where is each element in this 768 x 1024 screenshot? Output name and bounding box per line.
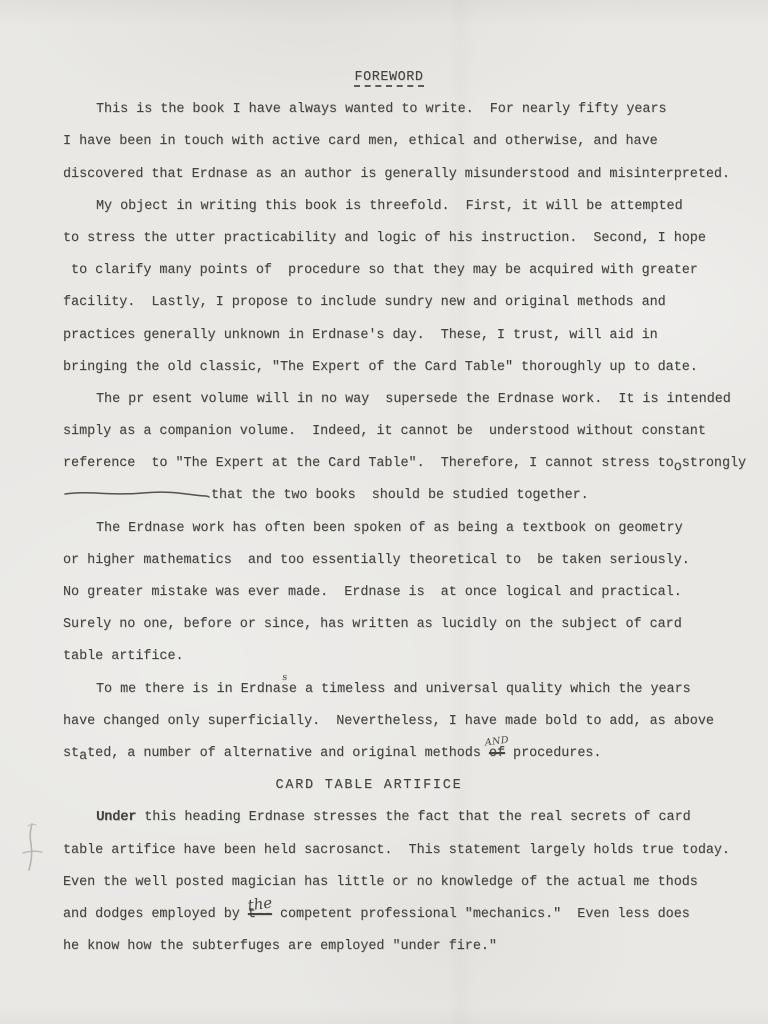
text-line: facility. Lastly, I propose to include s… xyxy=(63,287,743,319)
handwritten-correction: s xyxy=(282,673,289,683)
typed-text: st xyxy=(63,746,79,761)
text-line: Surely no one, before or since, has writ… xyxy=(63,609,743,641)
text-line: reference to "The Expert at the Card Tab… xyxy=(63,448,743,480)
text-line: have changed only superficially. Neverth… xyxy=(63,706,743,738)
typed-text: Under xyxy=(96,810,136,825)
text-line: bringing the old classic, "The Expert of… xyxy=(63,352,743,384)
typed-text: reference to "The Expert at the Card Tab… xyxy=(63,456,674,471)
typed-text: o xyxy=(674,460,682,475)
text-line: or higher mathematics and too essentiall… xyxy=(63,545,743,577)
typed-text: s xyxy=(281,682,289,697)
typed-text: of xyxy=(489,746,505,761)
typed-text: practices generally unknown in Erdnase's… xyxy=(63,328,658,343)
pen-stroke xyxy=(63,481,210,493)
typed-text: strongly xyxy=(682,456,746,471)
text-line: This is the book I have always wanted to… xyxy=(63,94,743,126)
text-line: discovered that Erdnase as an author is … xyxy=(63,159,743,191)
text-line: To me there is in Erdnasse a timeless an… xyxy=(63,674,743,706)
typed-text: a xyxy=(79,749,87,764)
typed-text: discovered that Erdnase as an author is … xyxy=(63,167,730,182)
correction-group: ANDof xyxy=(489,738,505,770)
typed-text: Even the well posted magician has little… xyxy=(63,875,698,890)
typed-text: procedures. xyxy=(505,746,601,761)
scanned-document-page: FOREWORDThis is the book I have always w… xyxy=(0,0,768,1024)
text-line: he know how the subterfuges are employed… xyxy=(63,931,743,963)
text-line: table artifice have been held sacrosanct… xyxy=(63,835,743,867)
text-line: to clarify many points of procedure so t… xyxy=(63,255,743,287)
section-heading: CARD TABLE ARTIFICE xyxy=(29,770,709,802)
typed-text: have changed only superficially. Neverth… xyxy=(63,714,714,729)
text-line: The Erdnase work has often been spoken o… xyxy=(63,513,743,545)
typed-text: I have been in touch with active card me… xyxy=(63,134,658,149)
typed-text: Surely no one, before or since, has writ… xyxy=(63,617,682,632)
text-line: and dodges employed by thet-- competent … xyxy=(63,899,743,931)
text-line: to stress the utter practicability and l… xyxy=(63,223,743,255)
text-line: practices generally unknown in Erdnase's… xyxy=(63,320,743,352)
handwritten-correction: the xyxy=(247,895,273,913)
typed-text: CARD TABLE ARTIFICE xyxy=(276,778,463,793)
typed-text: and dodges employed by xyxy=(63,907,248,922)
typed-text: The pr esent volume will in no way super… xyxy=(96,392,731,407)
text-line: My object in writing this book is threef… xyxy=(63,191,743,223)
typed-text: No greater mistake was ever made. Erdnas… xyxy=(63,585,682,600)
typed-text: table artifice have been held sacrosanct… xyxy=(63,843,730,858)
typed-text: to stress the utter practicability and l… xyxy=(63,231,706,246)
text-line: Even the well posted magician has little… xyxy=(63,867,743,899)
text-line: simply as a companion volume. Indeed, it… xyxy=(63,416,743,448)
typed-text: simply as a companion volume. Indeed, it… xyxy=(63,424,706,439)
typed-text: that the two books should be studied tog… xyxy=(211,488,589,503)
typed-text: bringing the old classic, "The Expert of… xyxy=(63,360,698,375)
typed-text: or higher mathematics and too essentiall… xyxy=(63,553,690,568)
typed-text-block: FOREWORDThis is the book I have always w… xyxy=(63,62,743,963)
typed-text: table artifice. xyxy=(63,649,184,664)
text-line: stated, a number of alternative and orig… xyxy=(63,738,743,770)
correction-group: thet-- xyxy=(248,899,272,931)
correction-group: ss xyxy=(281,674,289,706)
typed-text: My object in writing this book is threef… xyxy=(96,199,683,214)
typed-text: This is the book I have always wanted to… xyxy=(96,102,667,117)
text-line: table artifice. xyxy=(63,641,743,673)
typed-text: e a timeless and universal quality which… xyxy=(289,682,691,697)
text-line: I have been in touch with active card me… xyxy=(63,126,743,158)
typed-text: he know how the subterfuges are employed… xyxy=(63,939,497,954)
text-line: Under this heading Erdnase stresses the … xyxy=(63,802,743,834)
text-line: No greater mistake was ever made. Erdnas… xyxy=(63,577,743,609)
pencil-mark xyxy=(18,820,48,876)
typed-text: facility. Lastly, I propose to include s… xyxy=(63,295,666,310)
typed-text: The Erdnase work has often been spoken o… xyxy=(96,521,683,536)
typed-text: ted, a number of alternative and origina… xyxy=(87,746,489,761)
document-title: FOREWORD xyxy=(49,62,729,94)
typed-text: competent professional "mechanics." Even… xyxy=(272,907,690,922)
typed-text: this heading Erdnase stresses the fact t… xyxy=(136,810,690,825)
text-line: The pr esent volume will in no way super… xyxy=(63,384,743,416)
text-line: that the two books should be studied tog… xyxy=(63,480,743,512)
typed-text: FOREWORD xyxy=(354,70,423,87)
typed-text: To me there is in Erdna xyxy=(96,682,281,697)
typed-text: to clarify many points of procedure so t… xyxy=(63,263,698,278)
